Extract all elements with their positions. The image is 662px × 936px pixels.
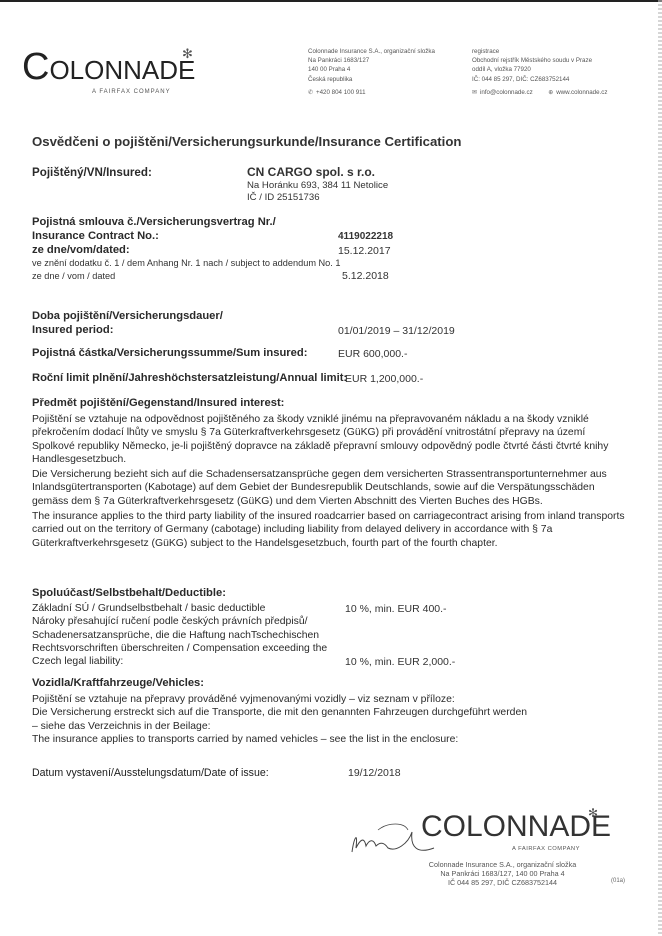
- contract-dated-label: ze dne/vom/dated:: [32, 244, 130, 256]
- period-label-line2: Insured period:: [32, 324, 113, 336]
- annual-limit-label: Roční limit plnění/Jahreshöchstersatzlei…: [32, 372, 347, 384]
- web-link[interactable]: www.colonnade.cz: [556, 89, 607, 96]
- contract-label-line2: Insurance Contract No.:: [32, 230, 159, 242]
- registry-line: Obchodní rejstřík Městského soudu v Praz…: [472, 56, 607, 65]
- period-label-line1: Doba pojištění/Versicherungsdauer/: [32, 310, 223, 322]
- stamp-address: Colonnade Insurance S.A., organizační sl…: [395, 860, 610, 888]
- document-title: Osvědčeni o pojištěni/Versicherungsurkun…: [32, 134, 461, 149]
- sum-insured-label: Pojistná částka/Versicherungssumme/Sum i…: [32, 347, 307, 359]
- insured-interest-text: Pojištění se vztahuje na odpovědnost poj…: [32, 413, 627, 552]
- company-line: Na Pankráci 1683/127: [308, 56, 435, 65]
- maple-leaf-icon: ✻: [182, 46, 193, 62]
- excess-label-line: Nároky přesahující ručení podle českých …: [32, 615, 332, 628]
- excess-deductible-value: 10 %, min. EUR 2,000.-: [345, 656, 455, 668]
- insured-name: CN CARGO spol. s r.o.: [247, 165, 375, 179]
- stamp-address-line: Na Pankráci 1683/127, 140 00 Praha 4: [395, 869, 610, 878]
- vehicles-line-de-cont: – siehe das Verzeichnis in der Beilage:: [32, 720, 627, 733]
- registry-block: registrace Obchodní rejstřík Městského s…: [472, 47, 607, 97]
- logo-wordmark: COLONNADE: [22, 48, 195, 86]
- excess-label-line: Rechtsvorschriften überschreiten / Compe…: [32, 642, 332, 655]
- insured-label: Pojištěný/VN/Insured:: [32, 166, 152, 179]
- vehicles-line-en: The insurance applies to transports carr…: [32, 733, 627, 746]
- company-line: 140 00 Praha 4: [308, 65, 435, 74]
- sum-insured-value: EUR 600,000.-: [338, 348, 407, 360]
- excess-label-line: Schadenersatzansprüche, die die Haftung …: [32, 629, 332, 642]
- phone-contact: ✆+420 804 100 911: [308, 88, 435, 97]
- insured-address-block: Na Horánku 693, 384 11 Netolice IČ / ID …: [247, 180, 388, 204]
- email-web-contact: ✉info@colonnade.cz ⊕www.colonnade.cz: [472, 88, 607, 97]
- vehicles-text: Pojištění se vztahuje na přepravy provád…: [32, 693, 627, 746]
- stamp-address-line: Colonnade Insurance S.A., organizační sl…: [395, 860, 610, 869]
- phone-icon: ✆: [308, 88, 316, 97]
- interest-paragraph-cz: Pojištění se vztahuje na odpovědnost poj…: [32, 413, 627, 466]
- insured-address: Na Horánku 693, 384 11 Netolice: [247, 180, 388, 192]
- addendum-label: ve znění dodatku č. 1 / dem Anhang Nr. 1…: [32, 258, 341, 268]
- colonnade-logo: ✻ COLONNADE A FAIRFAX COMPANY: [22, 48, 195, 95]
- company-address-block: Colonnade Insurance S.A., organizační sl…: [308, 47, 435, 97]
- stamp-code: (01a): [611, 878, 625, 884]
- addendum-dated: 5.12.2018: [342, 270, 389, 282]
- registry-line: registrace: [472, 47, 607, 56]
- interest-paragraph-de: Die Versicherung bezieht sich auf die Sc…: [32, 468, 627, 508]
- scan-right-edge: [658, 0, 662, 936]
- interest-paragraph-en: The insurance applies to the third party…: [32, 510, 627, 550]
- company-line: Česká republika: [308, 75, 435, 84]
- vehicles-line-de: Die Versicherung erstreckt sich auf die …: [32, 706, 627, 719]
- vehicles-line-cz: Pojištění se vztahuje na přepravy provád…: [32, 693, 627, 706]
- deductible-basic-label: Základní SÚ / Grundselbstbehalt / basic …: [32, 602, 332, 668]
- registry-line: oddíl A, vložka 77920: [472, 65, 607, 74]
- stamp-address-line: IČ 044 85 297, DIČ CZ683752144: [395, 878, 610, 887]
- email-icon: ✉: [472, 88, 480, 97]
- company-line: Colonnade Insurance S.A., organizační sl…: [308, 47, 435, 56]
- insured-id: IČ / ID 25151736: [247, 192, 388, 204]
- basic-deductible-value: 10 %, min. EUR 400.-: [345, 603, 447, 615]
- logo-tagline: A FAIRFAX COMPANY: [92, 89, 195, 95]
- issue-date-value: 19/12/2018: [348, 767, 401, 779]
- issue-date-label: Datum vystavení/Ausstelungsdatum/Date of…: [32, 767, 269, 779]
- phone-number: +420 804 100 911: [316, 89, 366, 96]
- web-icon: ⊕: [548, 88, 556, 97]
- basic-deductible-label: Základní SÚ / Grundselbstbehalt / basic …: [32, 602, 332, 615]
- registry-line: IČ: 044 85 297, DIČ: CZ683752144: [472, 75, 607, 84]
- email-link[interactable]: info@colonnade.cz: [480, 89, 533, 96]
- annual-limit-value: EUR 1,200,000.-: [345, 373, 423, 385]
- addendum-dated-label: ze dne / vom / dated: [32, 271, 115, 281]
- contract-dated: 15.12.2017: [338, 245, 391, 257]
- stamp-tagline: A FAIRFAX COMPANY: [512, 846, 580, 852]
- scan-top-edge: [0, 0, 662, 2]
- period-value: 01/01/2019 – 31/12/2019: [338, 325, 455, 337]
- stamp-wordmark: COLONNADE: [421, 810, 611, 844]
- insured-interest-heading: Předmět pojištění/Gegenstand/Insured int…: [32, 397, 284, 409]
- contract-number: 4119022218: [338, 231, 393, 242]
- contract-label-line1: Pojistná smlouva č./Versicherungsvertrag…: [32, 216, 276, 228]
- deductible-heading: Spoluúčast/Selbstbehalt/Deductible:: [32, 587, 226, 599]
- vehicles-heading: Vozidla/Kraftfahrzeuge/Vehicles:: [32, 677, 204, 689]
- excess-label-line: Czech legal liability:: [32, 655, 332, 668]
